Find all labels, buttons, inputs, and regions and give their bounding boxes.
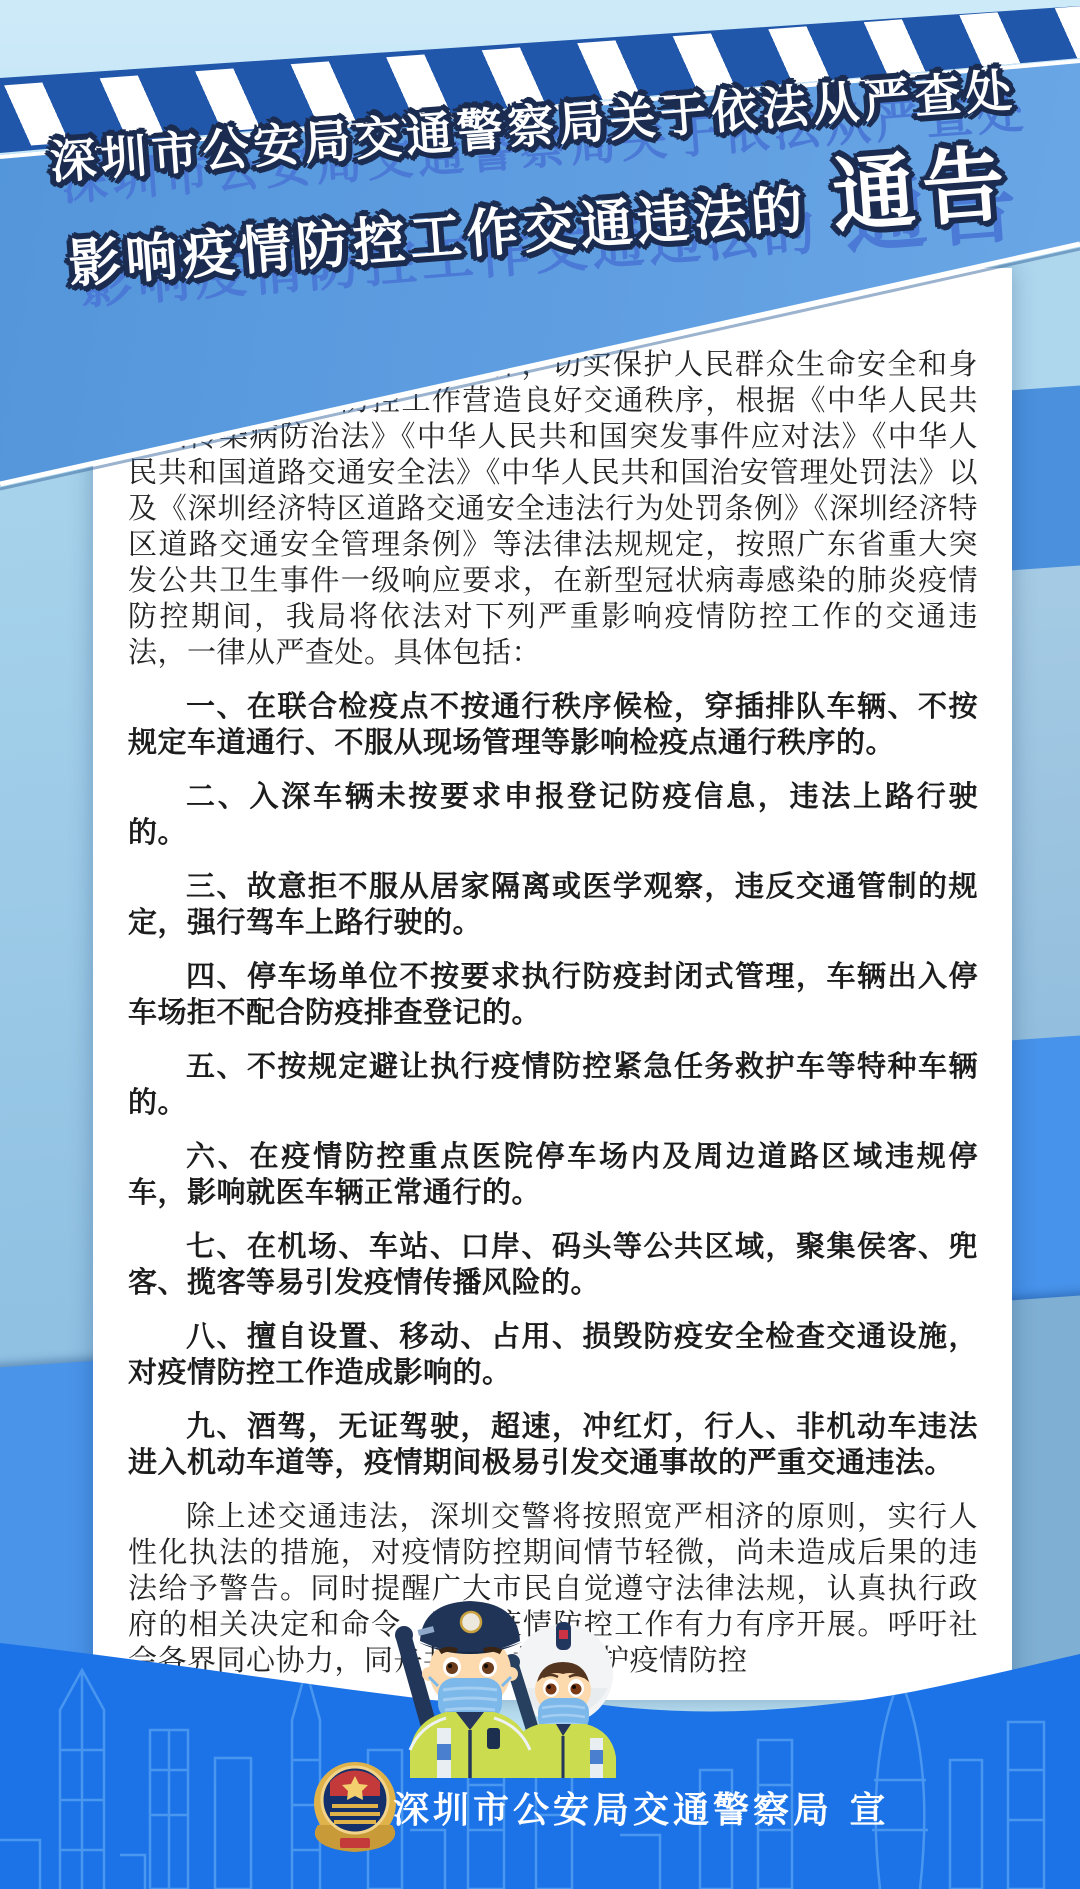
notice-item-5: 五、不按规定避让执行疫情防控紧急任务救护车等特种车辆的。 xyxy=(128,1048,978,1120)
notice-item-2: 二、入深车辆未按要求申报登记防疫信息，违法上路行驶的。 xyxy=(128,778,978,850)
notice-item-8: 八、擅自设置、移动、占用、损毁防疫安全检查交通设施，对疫情防控工作造成影响的。 xyxy=(128,1318,978,1390)
title-emphasis: 通告 xyxy=(829,137,1016,245)
notice-item-4: 四、停车场单位不按要求执行防疫封闭式管理，车辆出入停车场拒不配合防疫排查登记的。 xyxy=(128,958,978,1030)
notice-poster: 为全力做好疫情防控工作，切实保护人民群众生命安全和身体健康，为疫情防控工作营造良… xyxy=(0,0,1080,1889)
footer-publisher: 深圳市公安局交通警察局 宣 xyxy=(393,1782,953,1833)
notice-item-1: 一、在联合检疫点不按通行秩序候检，穿插排队车辆、不按规定车道通行、不服从现场管理… xyxy=(128,688,978,760)
notice-item-9: 九、酒驾，无证驾驶，超速，冲红灯，行人、非机动车违法进入机动车道等，疫情期间极易… xyxy=(128,1408,978,1480)
notice-body-panel: 为全力做好疫情防控工作，切实保护人民群众生命安全和身体健康，为疫情防控工作营造良… xyxy=(93,268,1012,1700)
band-segment xyxy=(0,394,107,1370)
notice-item-3: 三、故意拒不服从居家隔离或医学观察，违反交通管制的规定，强行驾车上路行驶的。 xyxy=(128,868,978,940)
police-officers-illustration xyxy=(360,1578,630,1778)
male-officer xyxy=(395,1601,530,1778)
notice-item-7: 七、在机场、车站、口岸、码头等公共区域，聚集侯客、兜客、揽客等易引发疫情传播风险… xyxy=(128,1228,978,1300)
notice-item-6: 六、在疫情防控重点医院停车场内及周边道路区域违规停车，影响就医车辆正常通行的。 xyxy=(128,1138,978,1210)
